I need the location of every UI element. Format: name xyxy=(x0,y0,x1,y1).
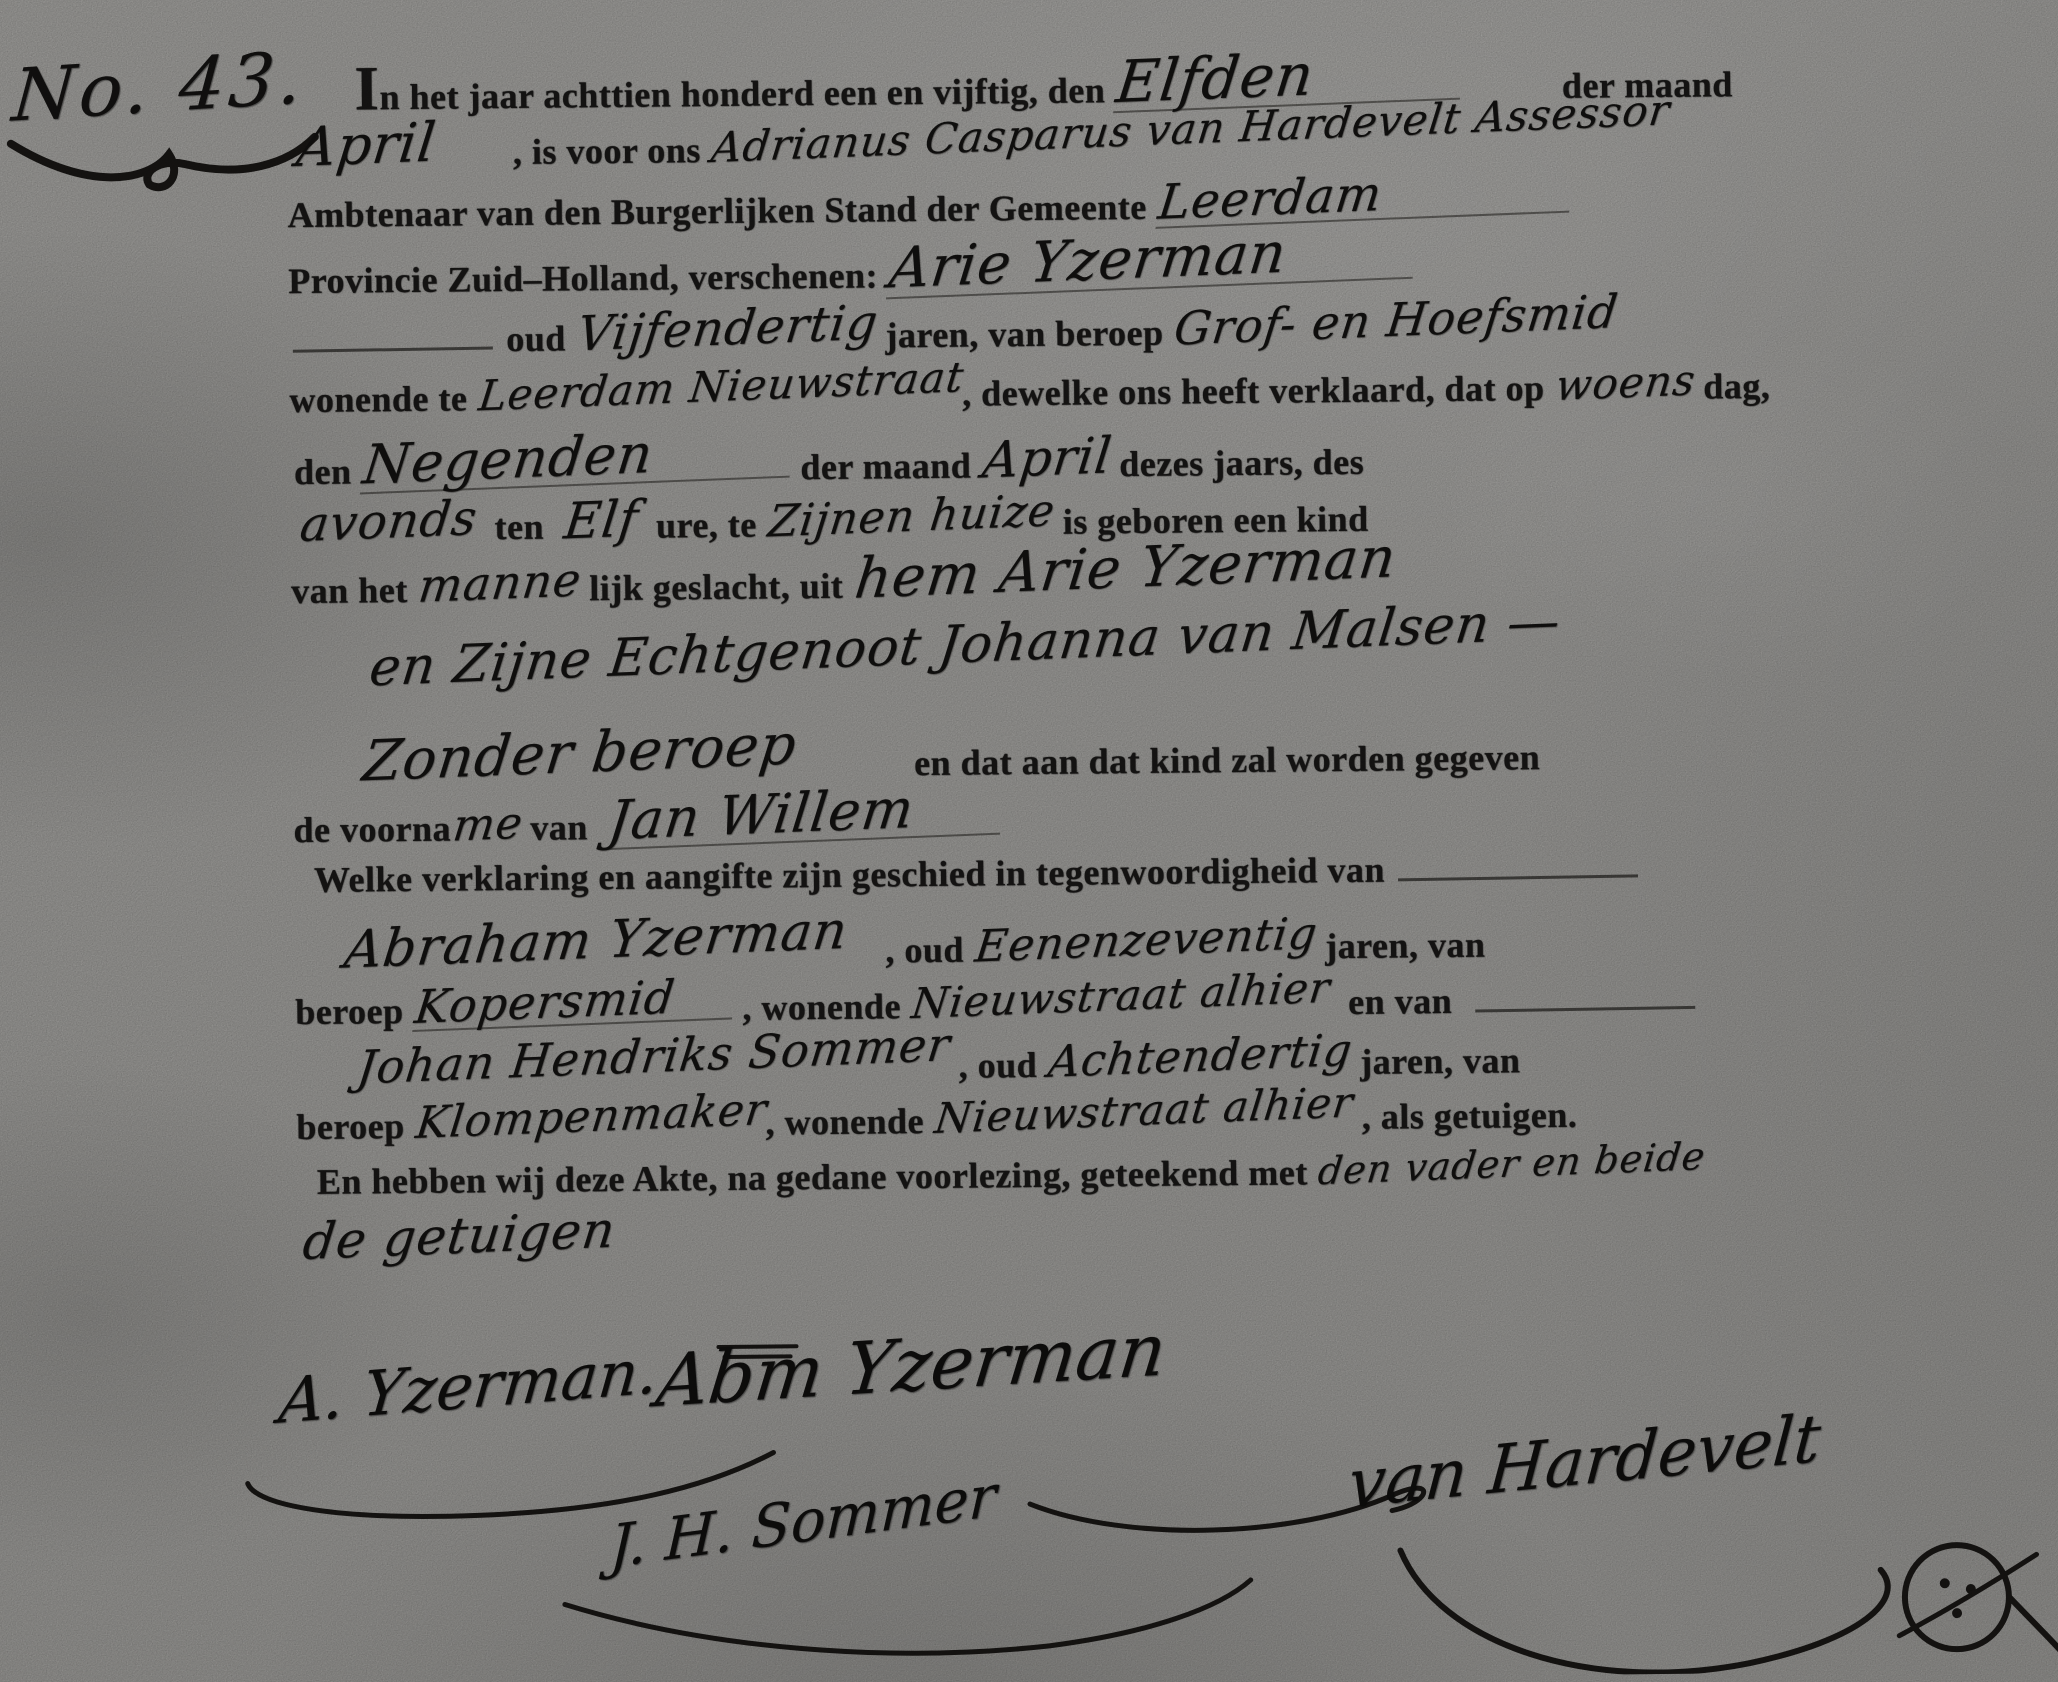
signature-swash-3 xyxy=(565,1580,1252,1657)
blank-fill-rule xyxy=(293,343,493,352)
handwritten-entry: Zonder beroep xyxy=(360,713,910,791)
printed-form-text: der maand xyxy=(791,444,981,488)
handwritten-entry: Abraham Yzerman xyxy=(342,903,881,976)
printed-form-text: , wonende xyxy=(765,1100,933,1144)
printed-form-text: , oud xyxy=(949,1044,1047,1087)
handwritten-entry: manne xyxy=(416,556,584,609)
handwritten-entry: Zijnen huize xyxy=(765,489,1057,545)
printed-form-text: En hebben wij deze Akte, na gedane voorl… xyxy=(317,1151,1318,1203)
printed-form-text: ten xyxy=(475,505,563,548)
act-line-10: en Zijne Echtgenoot Johanna van Malsen — xyxy=(368,631,1560,694)
handwritten-entry: Arie Yzerman xyxy=(886,220,1419,299)
handwritten-entry: Kopersmid xyxy=(412,971,737,1032)
printed-form-text: jaren, van xyxy=(1350,1039,1520,1083)
printed-form-text: lijk geslacht, uit xyxy=(580,565,853,610)
act-line-15: beroep Kopersmid , wonende Nieuwstraat a… xyxy=(295,972,1699,1033)
handwritten-entry: Leerdam xyxy=(1155,162,1574,229)
printed-form-text: Ambtenaar van den Burgerlijken Stand der… xyxy=(287,186,1156,236)
printed-form-text: van xyxy=(521,806,607,849)
signature-arie-yzerman: A. Yzerman. xyxy=(276,1340,660,1433)
printed-form-text: , als getuigen. xyxy=(1352,1094,1577,1138)
flourish-circle xyxy=(1904,1545,2009,1650)
printed-form-text: den xyxy=(294,450,361,493)
signature-jh-sommer: J. H. Sommer xyxy=(609,1466,998,1576)
printed-form-text: Provincie Zuid–Holland, verschenen: xyxy=(288,254,888,302)
handwritten-entry: avonds xyxy=(298,494,480,549)
printed-form-text: ure, te xyxy=(637,504,767,547)
record-number-flourish xyxy=(11,137,315,189)
signature-block: A. Yzerman.Abm YzermanJ. H. Sommervan Ha… xyxy=(0,0,2051,8)
handwritten-entry: Leerdam Nieuwstraat xyxy=(476,356,966,417)
act-body: In het jaar achttien honderd een en vijf… xyxy=(0,0,2051,8)
handwritten-entry: Achtendertig xyxy=(1046,1029,1355,1085)
printed-form-text: en dat aan dat kind zal worden gegeven xyxy=(904,736,1540,784)
birth-certificate-scan: No. 43. xyxy=(0,0,2058,1682)
handwritten-entry: Nieuwstraat alhier xyxy=(910,967,1333,1026)
handwritten-entry: April xyxy=(980,430,1115,485)
printed-form-text: jaren, van xyxy=(1315,924,1485,968)
handwritten-entry: Eenenzeventig xyxy=(972,912,1319,970)
printed-form-text: beroep xyxy=(295,990,413,1033)
handwritten-entry: Negenden xyxy=(360,421,796,494)
printed-form-text: , dewelke ons heeft verklaard, dat op xyxy=(962,367,1554,415)
handwritten-entry: de getuigen xyxy=(300,1205,618,1268)
signature-abraham-yzerman: Abm Yzerman xyxy=(653,1313,1170,1417)
handwritten-entry: April xyxy=(294,113,499,175)
handwritten-entry: Klompenmaker xyxy=(413,1088,769,1146)
act-line-7: den Negenden der maand April dezes jaars… xyxy=(294,429,1365,495)
act-line-17: beroep Klompenmaker, wonende Nieuwstraat… xyxy=(296,1091,1577,1148)
handwritten-entry: Grof- en Hoefsmid xyxy=(1172,288,1621,352)
handwritten-entry: Vijfendertig xyxy=(574,298,880,358)
signature-swash-4 xyxy=(1400,1546,1888,1675)
printed-form-text: beroep xyxy=(296,1105,414,1148)
scanned-page: No. 43. xyxy=(0,0,2058,1682)
signature-van-hardevelt: van Hardevelt xyxy=(1346,1405,1823,1518)
flourish-exit xyxy=(2009,1596,2058,1657)
blank-fill-rule xyxy=(1475,1003,1695,1013)
printed-form-text: dezes jaars, des xyxy=(1110,441,1365,485)
act-line-19: de getuigen xyxy=(301,1214,614,1267)
flourish-cross xyxy=(1899,1554,2038,1635)
printed-form-text: van het xyxy=(291,569,417,612)
handwritten-entry: Jan Willem xyxy=(606,778,1008,850)
printed-form-text: en van xyxy=(1329,980,1471,1023)
handwritten-entry: woens xyxy=(1553,359,1698,407)
printed-form-text: Welke verklaring en aangifte zijn geschi… xyxy=(314,849,1395,901)
printed-form-text: jaren, van beroep xyxy=(876,312,1174,357)
handwritten-entry: me xyxy=(450,802,525,849)
printed-form-text: oud xyxy=(497,317,576,360)
act-line-12: de voorname van Jan Willem xyxy=(293,790,1002,853)
act-line-18: En hebben wij deze Akte, na gedane voorl… xyxy=(317,1148,1705,1203)
record-number: No. 43. xyxy=(9,35,308,138)
printed-form-text: dag, xyxy=(1694,365,1771,408)
handwritten-entry: Nieuwstraat alhier xyxy=(933,1081,1356,1140)
printed-form-text: , is voor ons xyxy=(494,129,711,173)
handwritten-entry: den vader en beide xyxy=(1316,1137,1708,1190)
printed-form-text: de voorna xyxy=(293,808,451,852)
blank-fill-rule xyxy=(1398,871,1638,881)
printed-form-text: wonende te xyxy=(289,377,477,421)
act-line-6: wonende te Leerdam Nieuwstraat, dewelke … xyxy=(289,363,1770,421)
act-line-13: Welke verklaring en aangifte zijn geschi… xyxy=(314,846,1643,901)
printed-form-text: , oud xyxy=(876,929,974,972)
handwritten-entry: Elf xyxy=(562,493,642,546)
